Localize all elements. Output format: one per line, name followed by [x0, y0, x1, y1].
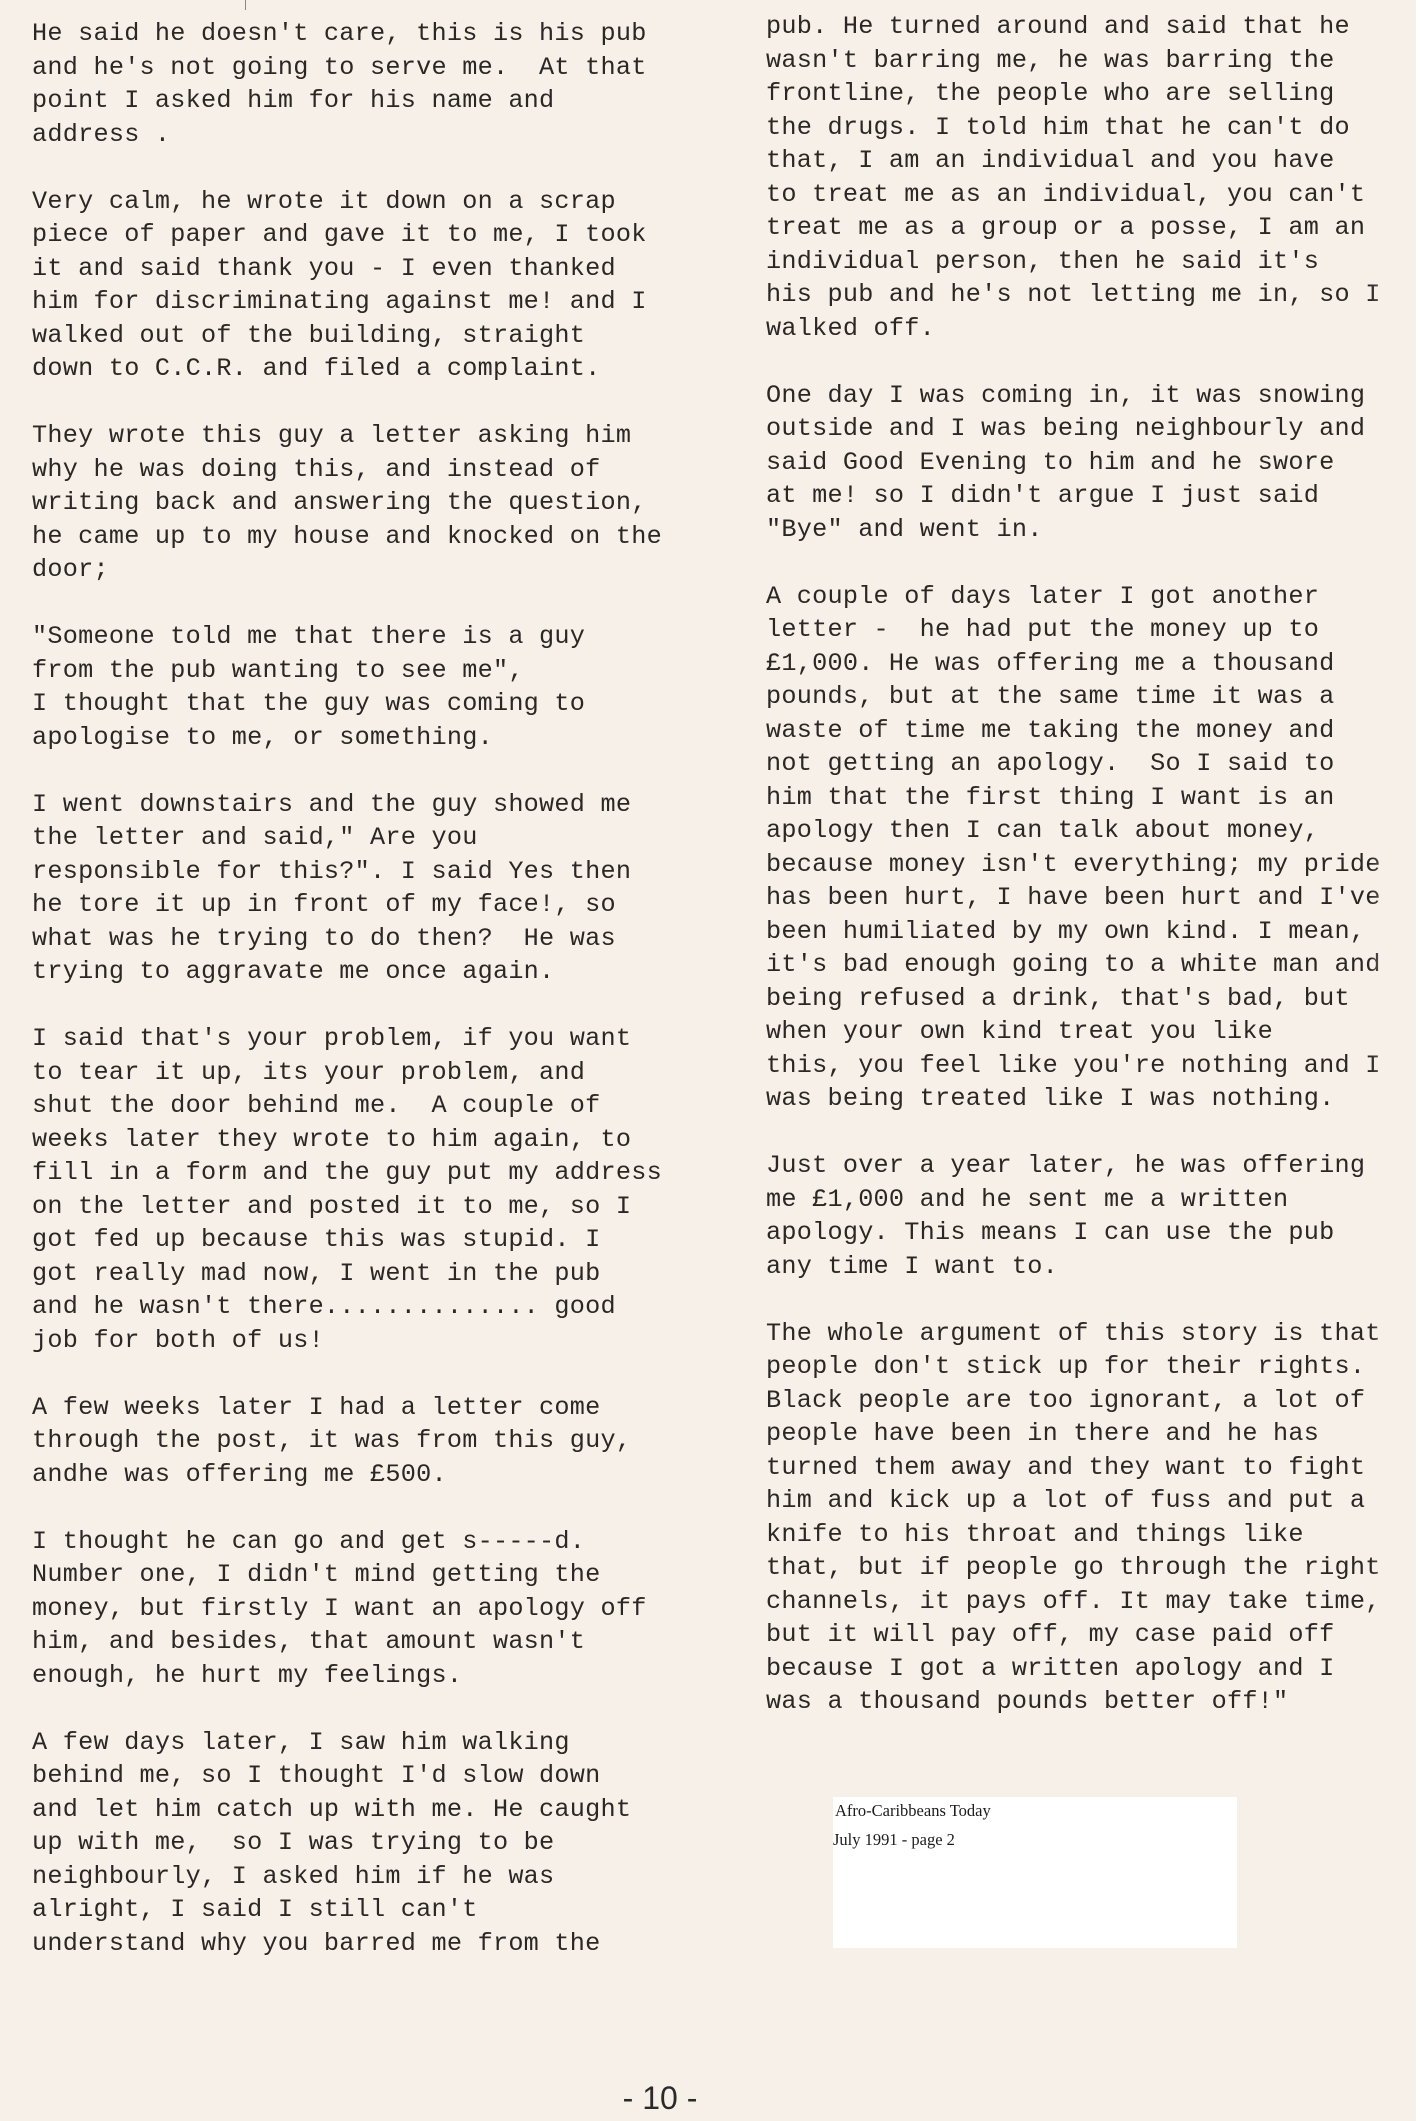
text-line: apology then I can talk about money, [766, 814, 1416, 848]
text-line: behind me, so I thought I'd slow down [32, 1759, 732, 1793]
text-line: from the pub wanting to see me", [32, 654, 732, 688]
text-line: £1,000. He was offering me a thousand [766, 647, 1416, 681]
text-line: walked out of the building, straight [32, 319, 732, 353]
text-line: I said that's your problem, if you want [32, 1022, 732, 1056]
text-line: through the post, it was from this guy, [32, 1424, 732, 1458]
scanned-page: He said he doesn't care, this is his pub… [0, 0, 1416, 2121]
text-line: waste of time me taking the money and [766, 714, 1416, 748]
paragraph: One day I was coming in, it was snowingo… [766, 379, 1416, 547]
page-number: - 10 - [0, 2080, 1320, 2116]
text-line: at me! so I didn't argue I just said [766, 479, 1416, 513]
text-line: apologise to me, or something. [32, 721, 732, 755]
text-line: this, you feel like you're nothing and I [766, 1049, 1416, 1083]
text-line: and he wasn't there.............. good [32, 1290, 732, 1324]
text-line: enough, he hurt my feelings. [32, 1659, 732, 1693]
text-line: why he was doing this, and instead of [32, 453, 732, 487]
text-line: Black people are too ignorant, a lot of [766, 1384, 1416, 1418]
text-line: him for discriminating against me! and I [32, 285, 732, 319]
paragraph: They wrote this guy a letter asking himw… [32, 419, 732, 587]
text-line: said Good Evening to him and he swore [766, 446, 1416, 480]
text-line: and he's not going to serve me. At that [32, 51, 732, 85]
text-line: Number one, I didn't mind getting the [32, 1558, 732, 1592]
text-line: pounds, but at the same time it was a [766, 680, 1416, 714]
text-line: wasn't barring me, he was barring the [766, 44, 1416, 78]
text-line: weeks later they wrote to him again, to [32, 1123, 732, 1157]
text-line: the drugs. I told him that he can't do [766, 111, 1416, 145]
paragraph: A few weeks later I had a letter comethr… [32, 1391, 732, 1492]
text-line: Just over a year later, he was offering [766, 1149, 1416, 1183]
text-line: responsible for this?". I said Yes then [32, 855, 732, 889]
text-line: what was he trying to do then? He was [32, 922, 732, 956]
paragraph: I went downstairs and the guy showed met… [32, 788, 732, 989]
text-line: the letter and said," Are you [32, 821, 732, 855]
text-line: A couple of days later I got another [766, 580, 1416, 614]
text-line: has been hurt, I have been hurt and I've [766, 881, 1416, 915]
text-line: because I got a written apology and I [766, 1652, 1416, 1686]
text-line: piece of paper and gave it to me, I took [32, 218, 732, 252]
text-line: trying to aggravate me once again. [32, 955, 732, 989]
text-line: me £1,000 and he sent me a written [766, 1183, 1416, 1217]
text-line: because money isn't everything; my pride [766, 848, 1416, 882]
scan-mark [245, 0, 246, 10]
text-line: "Bye" and went in. [766, 513, 1416, 547]
text-line: individual person, then he said it's [766, 245, 1416, 279]
text-line: he came up to my house and knocked on th… [32, 520, 732, 554]
paragraph: Very calm, he wrote it down on a scrappi… [32, 185, 732, 386]
text-line: A few days later, I saw him walking [32, 1726, 732, 1760]
left-column: He said he doesn't care, this is his pub… [32, 17, 732, 1994]
paragraph: A few days later, I saw him walkingbehin… [32, 1726, 732, 1961]
text-line: andhe was offering me £500. [32, 1458, 732, 1492]
text-line: on the letter and posted it to me, so I [32, 1190, 732, 1224]
text-line: any time I want to. [766, 1250, 1416, 1284]
text-line: job for both of us! [32, 1324, 732, 1358]
text-line: A few weeks later I had a letter come [32, 1391, 732, 1425]
paragraph: "Someone told me that there is a guyfrom… [32, 620, 732, 754]
text-line: to treat me as an individual, you can't [766, 178, 1416, 212]
text-line: walked off. [766, 312, 1416, 346]
text-line: being refused a drink, that's bad, but [766, 982, 1416, 1016]
right-column: pub. He turned around and said that hewa… [766, 10, 1416, 1752]
paragraph: He said he doesn't care, this is his pub… [32, 17, 732, 151]
paragraph: The whole argument of this story is that… [766, 1317, 1416, 1719]
text-line: been humiliated by my own kind. I mean, [766, 915, 1416, 949]
text-line: One day I was coming in, it was snowing [766, 379, 1416, 413]
text-line: apology. This means I can use the pub [766, 1216, 1416, 1250]
text-line: he tore it up in front of my face!, so [32, 888, 732, 922]
text-line: got fed up because this was stupid. I [32, 1223, 732, 1257]
text-line: shut the door behind me. A couple of [32, 1089, 732, 1123]
text-line: neighbourly, I asked him if he was [32, 1860, 732, 1894]
text-line: to tear it up, its your problem, and [32, 1056, 732, 1090]
text-line: people don't stick up for their rights. [766, 1350, 1416, 1384]
text-line: I thought that the guy was coming to [32, 687, 732, 721]
text-line: He said he doesn't care, this is his pub [32, 17, 732, 51]
text-line: people have been in there and he has [766, 1417, 1416, 1451]
text-line: when your own kind treat you like [766, 1015, 1416, 1049]
text-line: treat me as a group or a posse, I am an [766, 211, 1416, 245]
text-line: his pub and he's not letting me in, so I [766, 278, 1416, 312]
text-line: but it will pay off, my case paid off [766, 1618, 1416, 1652]
text-line: money, but firstly I want an apology off [32, 1592, 732, 1626]
text-line: fill in a form and the guy put my addres… [32, 1156, 732, 1190]
text-line: alright, I said I still can't [32, 1893, 732, 1927]
text-line: letter - he had put the money up to [766, 613, 1416, 647]
text-line: was being treated like I was nothing. [766, 1082, 1416, 1116]
text-line: "Someone told me that there is a guy [32, 620, 732, 654]
text-line: and let him catch up with me. He caught [32, 1793, 732, 1827]
text-line: up with me, so I was trying to be [32, 1826, 732, 1860]
caption-publication: Afro-Caribbeans Today [835, 1801, 991, 1821]
text-line: knife to his throat and things like [766, 1518, 1416, 1552]
text-line: door; [32, 553, 732, 587]
paragraph: Just over a year later, he was offeringm… [766, 1149, 1416, 1283]
paragraph: I said that's your problem, if you wantt… [32, 1022, 732, 1357]
text-line: Very calm, he wrote it down on a scrap [32, 185, 732, 219]
text-line: I went downstairs and the guy showed me [32, 788, 732, 822]
paragraph: I thought he can go and get s-----d.Numb… [32, 1525, 732, 1693]
text-line: him that the first thing I want is an [766, 781, 1416, 815]
text-line: frontline, the people who are selling [766, 77, 1416, 111]
text-line: outside and I was being neighbourly and [766, 412, 1416, 446]
text-line: that, I am an individual and you have [766, 144, 1416, 178]
text-line: got really mad now, I went in the pub [32, 1257, 732, 1291]
text-line: address . [32, 118, 732, 152]
text-line: writing back and answering the question, [32, 486, 732, 520]
text-line: channels, it pays off. It may take time, [766, 1585, 1416, 1619]
text-line: They wrote this guy a letter asking him [32, 419, 732, 453]
paragraph: A couple of days later I got anotherlett… [766, 580, 1416, 1116]
text-line: it and said thank you - I even thanked [32, 252, 732, 286]
text-line: not getting an apology. So I said to [766, 747, 1416, 781]
text-line: The whole argument of this story is that [766, 1317, 1416, 1351]
page-edge [1416, 0, 1422, 2121]
text-line: down to C.C.R. and filed a complaint. [32, 352, 732, 386]
text-line: was a thousand pounds better off!" [766, 1685, 1416, 1719]
caption-issue: July 1991 - page 2 [833, 1830, 955, 1850]
text-line: point I asked him for his name and [32, 84, 732, 118]
text-line: him, and besides, that amount wasn't [32, 1625, 732, 1659]
text-line: it's bad enough going to a white man and [766, 948, 1416, 982]
text-line: him and kick up a lot of fuss and put a [766, 1484, 1416, 1518]
text-line: pub. He turned around and said that he [766, 10, 1416, 44]
source-caption-box: Afro-Caribbeans Today July 1991 - page 2 [833, 1797, 1237, 1948]
text-line: I thought he can go and get s-----d. [32, 1525, 732, 1559]
text-line: that, but if people go through the right [766, 1551, 1416, 1585]
paragraph: pub. He turned around and said that hewa… [766, 10, 1416, 345]
text-line: understand why you barred me from the [32, 1927, 732, 1961]
text-line: turned them away and they want to fight [766, 1451, 1416, 1485]
